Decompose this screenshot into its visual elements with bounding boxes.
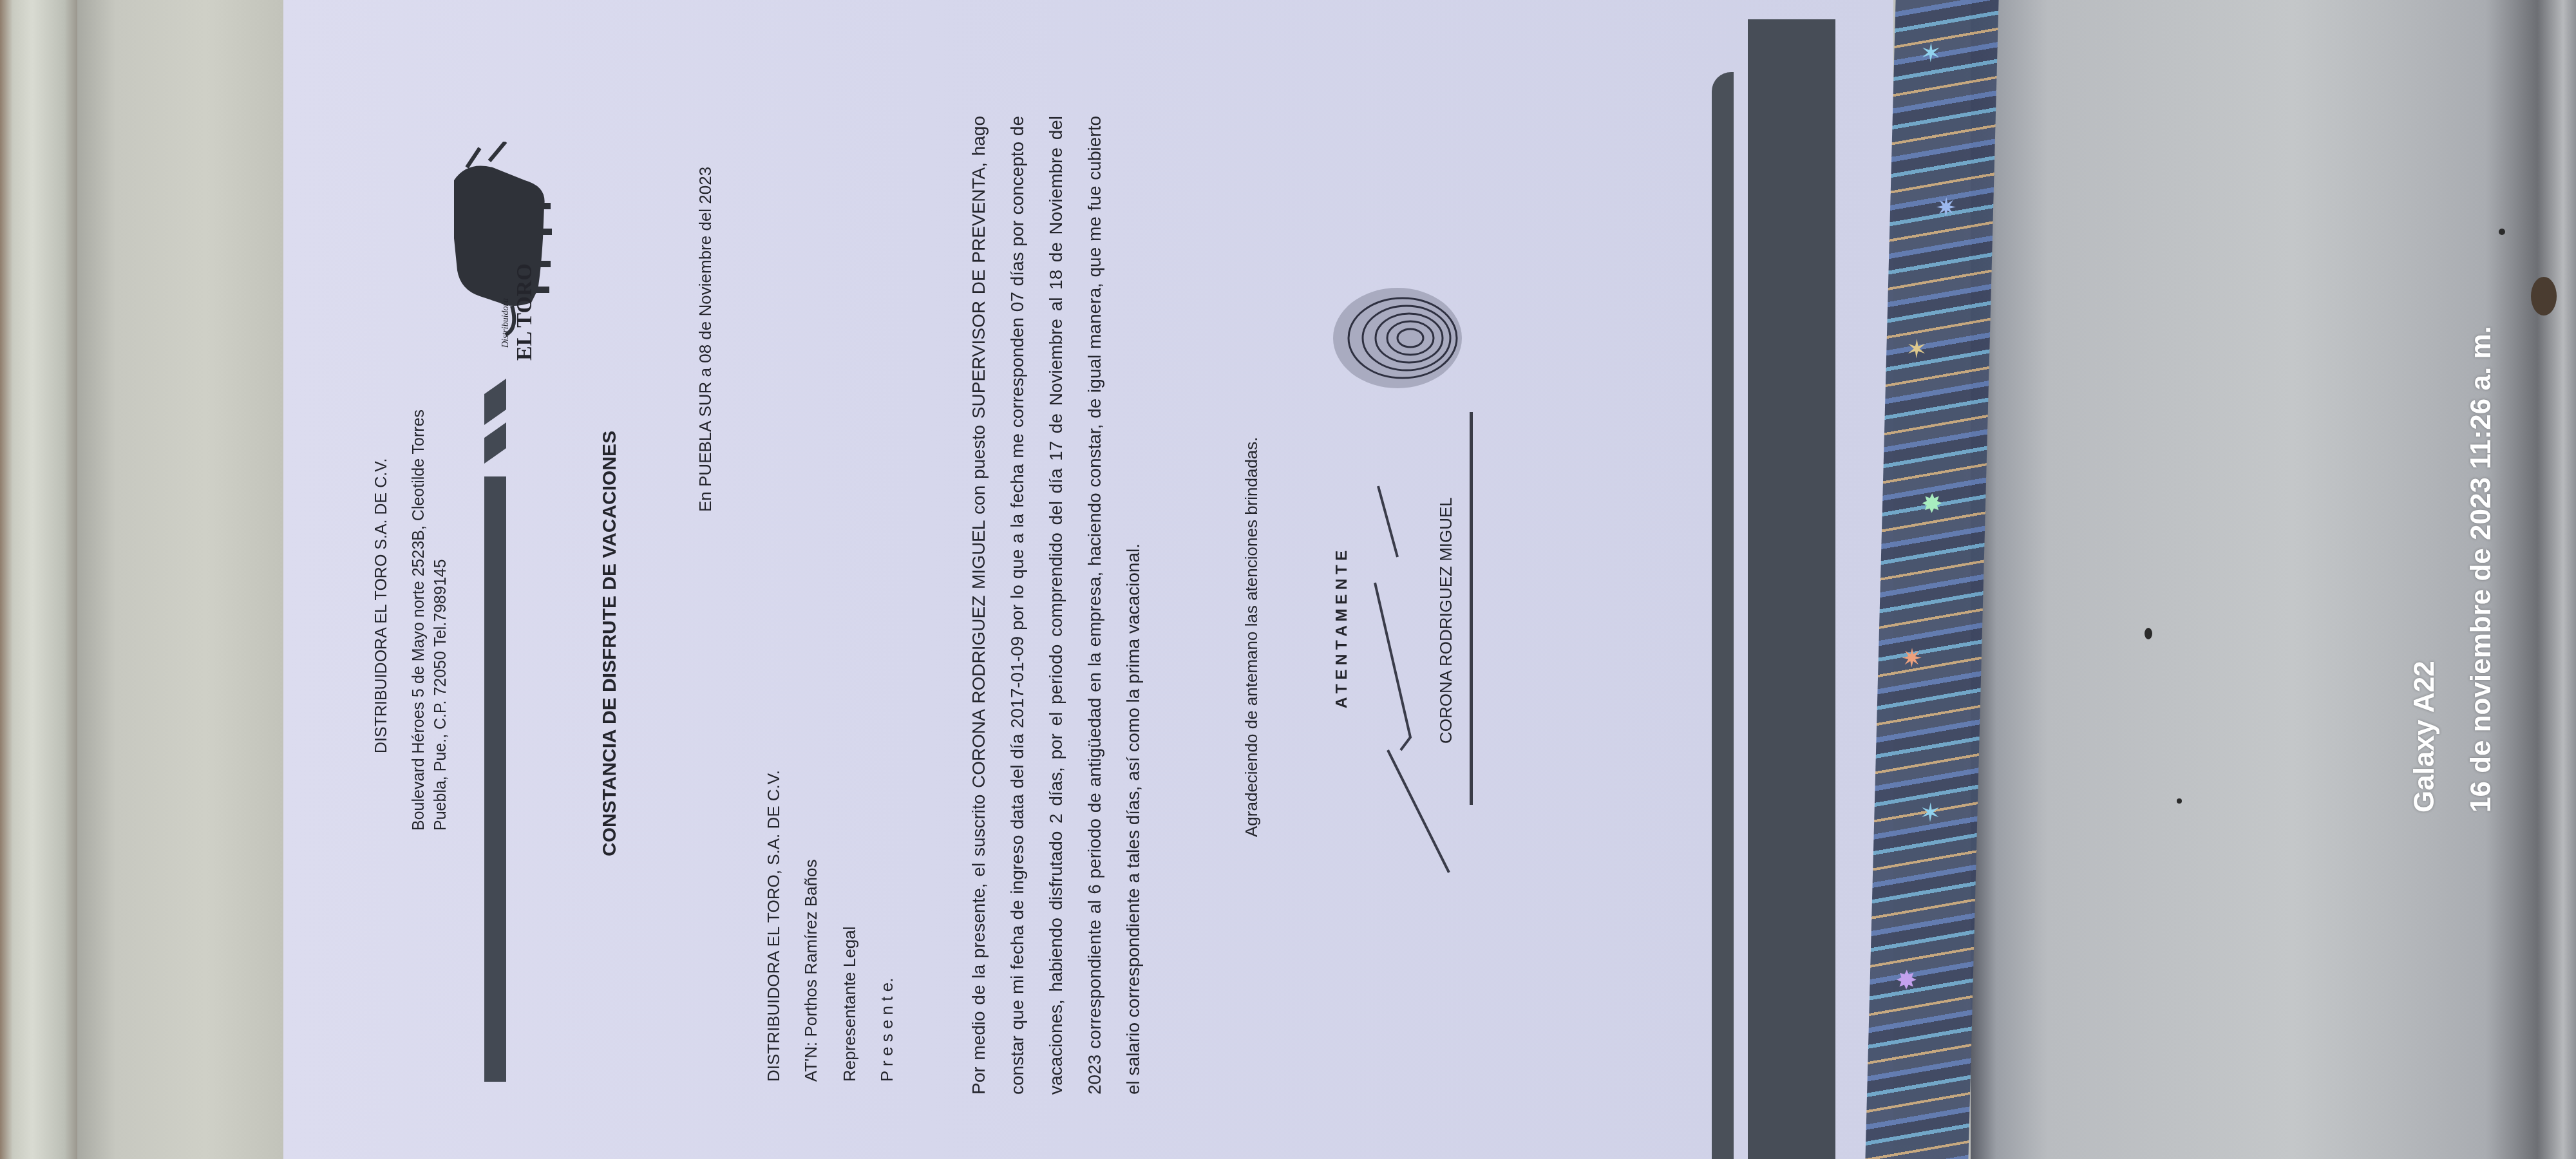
signoff: A T E N T A M E N T E — [1333, 551, 1351, 708]
camera-device-label: Galaxy A22 — [2409, 661, 2441, 813]
bull-icon — [428, 142, 557, 373]
document-title: CONSTANCIA DE DISFRUTE DE VACACIONES — [599, 431, 621, 856]
logo-brand: EL TORO — [513, 263, 537, 361]
recipient-company: DISTRIBUIDORA EL TORO, S.A. DE C.V. — [764, 770, 784, 1082]
background-window-frame — [0, 0, 77, 1159]
footer-bar-thick — [1748, 19, 1835, 1159]
closing-line: Agradeciendo de antemano las atenciones … — [1242, 437, 1262, 837]
header-bar-long — [484, 476, 506, 1082]
body-paragraph: Por medio de la presente, el suscrito CO… — [960, 116, 1153, 1095]
signature-line — [1470, 412, 1473, 805]
logo-subtitle: Distribuidora — [501, 298, 511, 348]
footer-bar-thin — [1712, 72, 1734, 1159]
body-text: Por medio de la presente, el suscrito CO… — [960, 116, 1153, 1095]
recipient-presente: P r e s e n t e. — [877, 978, 897, 1082]
company-address-line1: Boulevard Héroes 5 de Mayo norte 2523B, … — [410, 410, 428, 831]
company-address-line2: Puebla, Pue., C.P. 72050 Tel.7989145 — [431, 559, 450, 831]
background-panel — [77, 0, 283, 1159]
recipient-attention: AT'N: Porthos Ramírez Baños — [801, 860, 821, 1082]
company-name: DISTRIBUIDORA EL TORO S.A. DE C.V. — [372, 458, 391, 753]
signatory-name: CORONA RODRIGUEZ MIGUEL — [1436, 497, 1456, 744]
place-date: En PUEBLA SUR a 08 de Noviembre del 2023 — [696, 167, 715, 512]
fingerprint-icon — [1327, 274, 1468, 402]
camera-datetime: 16 de noviembre de 2023 11:26 a. m. — [2465, 326, 2497, 813]
recipient-role: Representante Legal — [840, 927, 860, 1082]
